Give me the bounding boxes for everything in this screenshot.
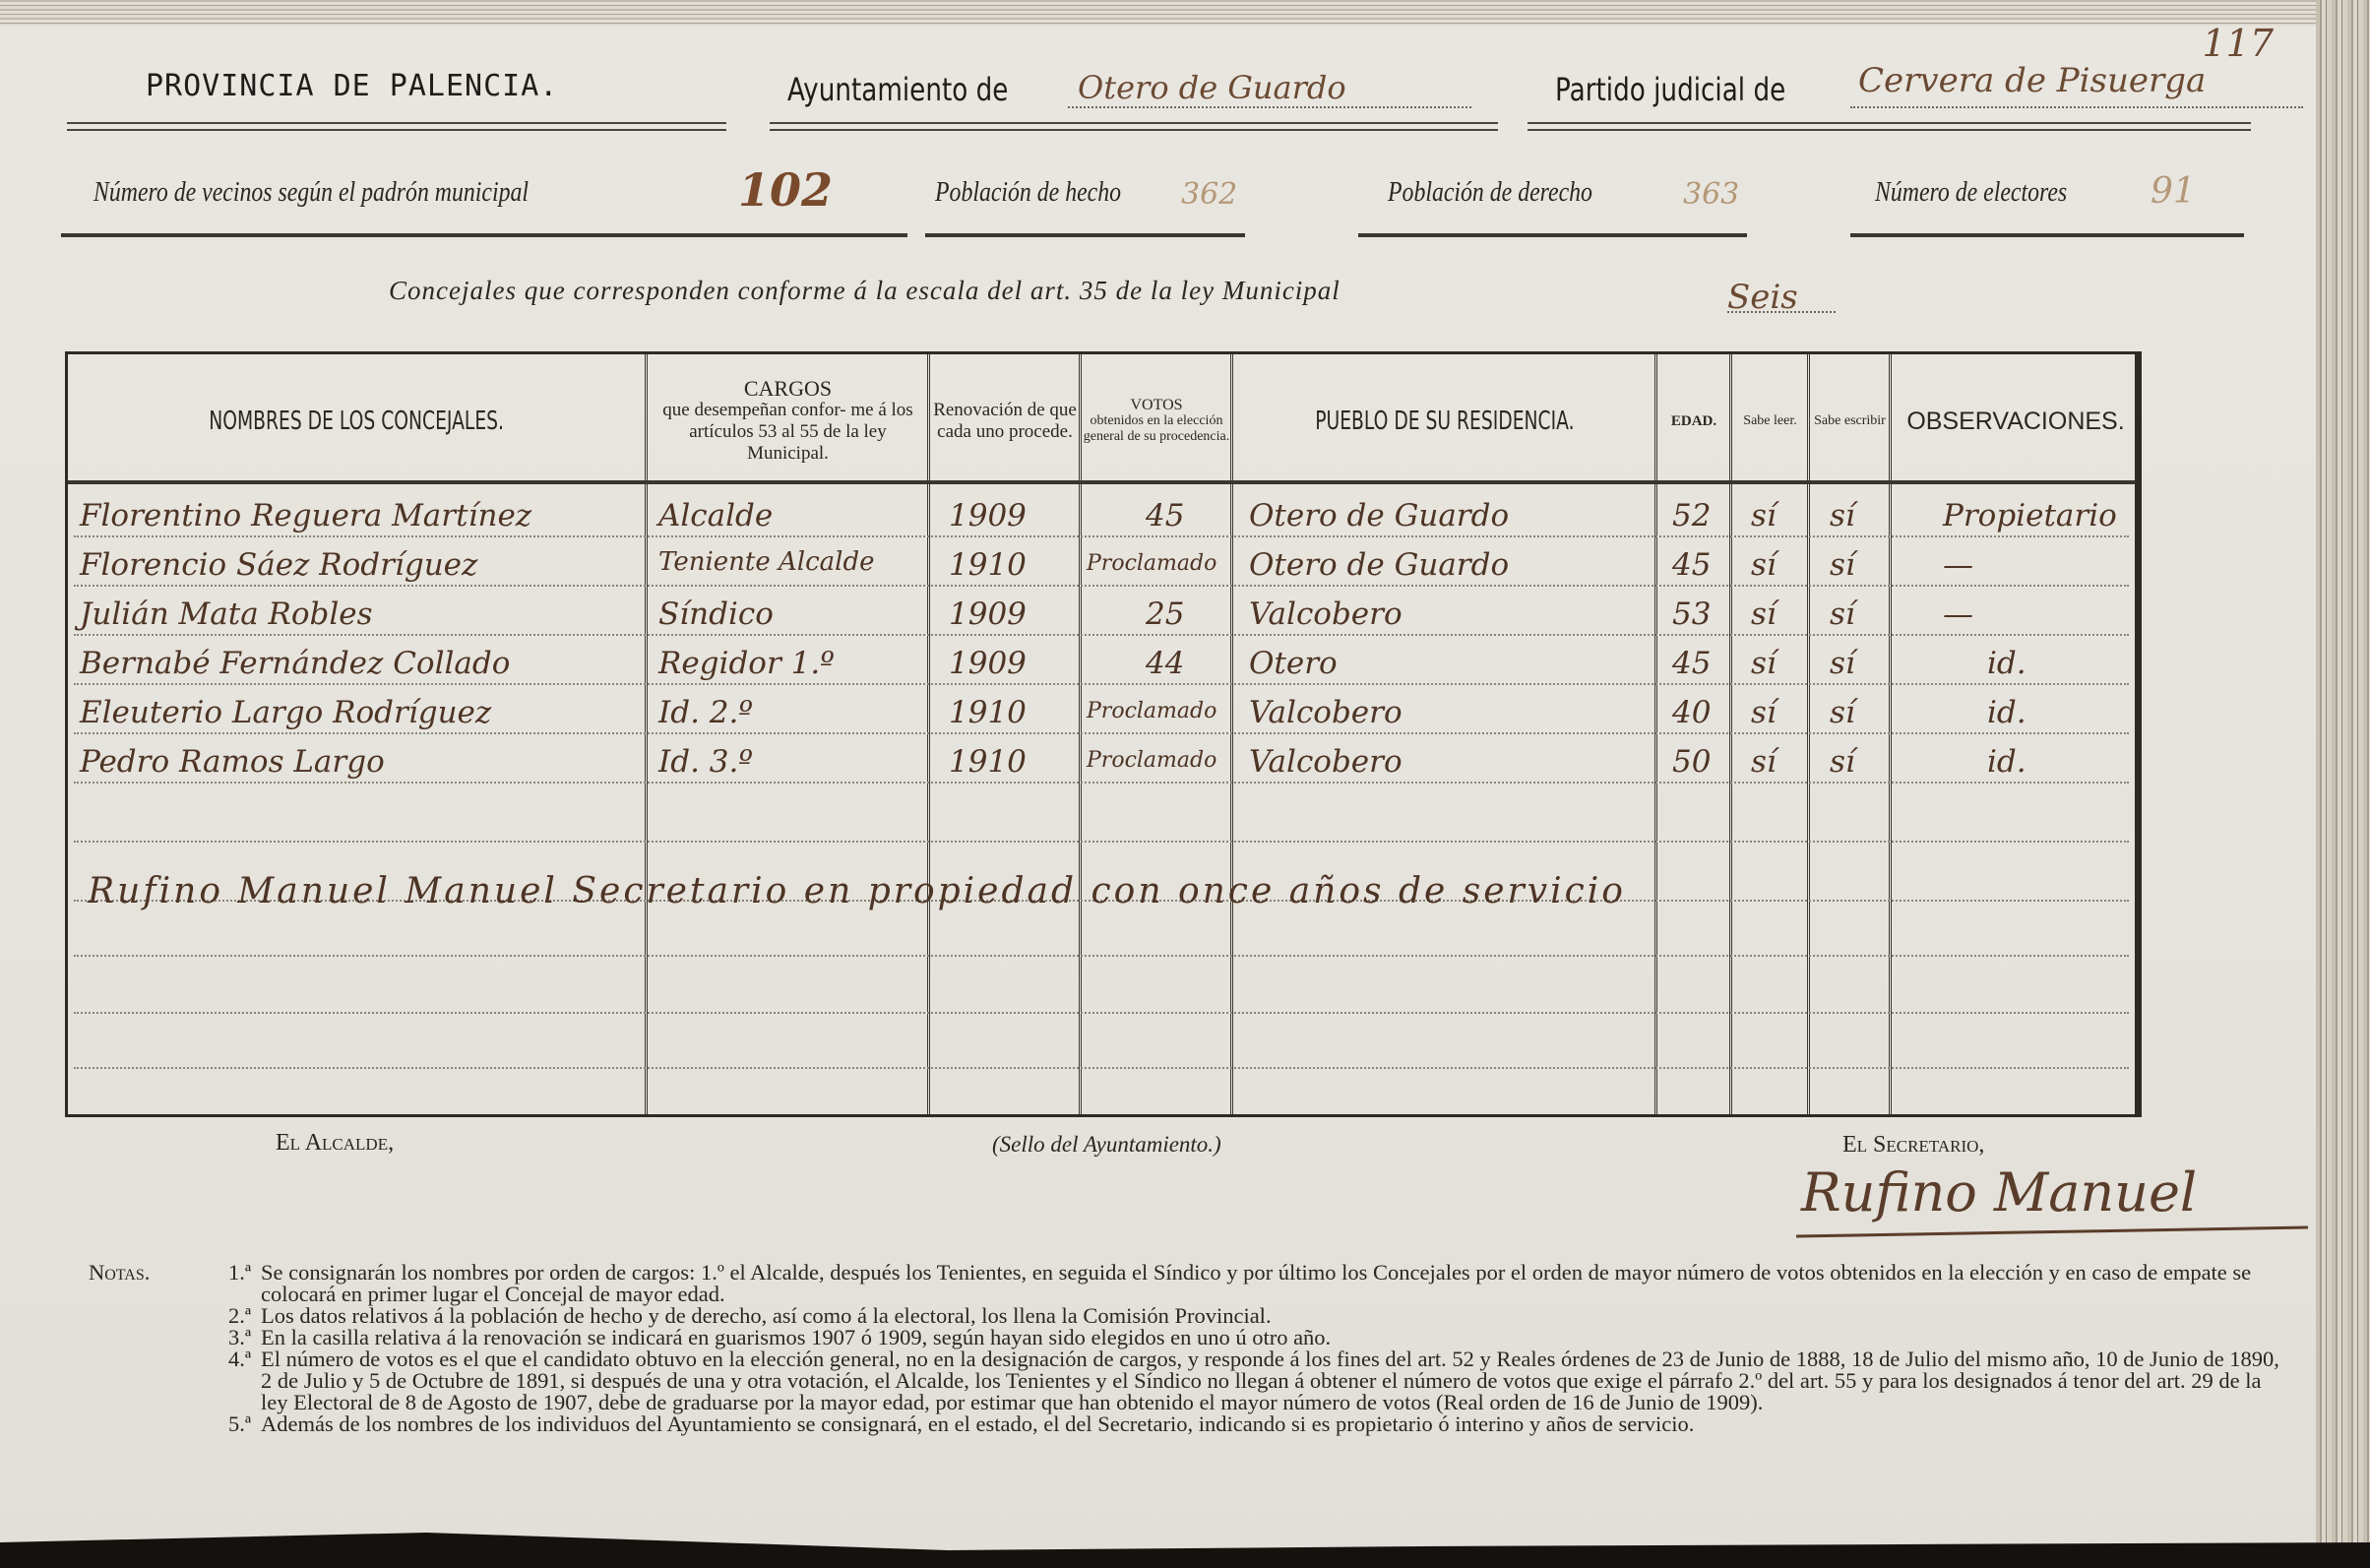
cell-sabe-escribir: sí [1830,498,1855,533]
cell-sabe-escribir: sí [1830,744,1855,780]
cell-nombre: Julián Mata Robles [80,596,373,632]
secretario-signature: Rufino Manuel [1801,1161,2197,1223]
ayuntamiento-label: Ayuntamiento de [787,71,1008,108]
cell-nombre: Bernabé Fernández Collado [80,646,510,681]
cell-observaciones: id. [1987,695,2027,730]
concejales-label: Concejales que corresponden conforme á l… [389,276,1341,306]
header-rule [68,480,2135,484]
cell-cargo: Alcalde [658,498,773,533]
stats-rule [925,233,1245,237]
cell-sabe-leer: sí [1751,646,1777,681]
header-renovacion: Renovación de que cada uno procede. [931,362,1079,480]
column-divider [1807,354,1810,1114]
cell-sabe-leer: sí [1751,744,1777,780]
cell-renovacion: 1910 [949,695,1027,730]
stats-rule [61,233,907,237]
cell-edad: 52 [1672,498,1711,533]
header-sabe-escribir: Sabe escribir [1811,362,1889,480]
poblacion-derecho-label: Población de derecho [1388,177,1592,209]
book-spine [2316,0,2370,1568]
secretario-label: El Secretario, [1842,1132,1984,1159]
cell-nombre: Florencio Sáez Rodríguez [80,547,477,583]
cell-pueblo: Otero de Guardo [1249,547,1509,583]
electores-label: Número de electores [1875,177,2067,209]
concejales-value: Seis [1727,278,1798,317]
nota-item: 3.ªEn la casilla relativa á la renovació… [89,1327,2283,1348]
cell-sabe-escribir: sí [1830,646,1855,681]
cell-votos: 45 [1146,498,1184,533]
cell-votos: Proclamado [1087,551,1216,576]
cell-edad: 53 [1672,596,1711,632]
cell-cargo: Teniente Alcalde [658,547,875,577]
cell-cargo: Id. 2.º [658,695,753,730]
cell-pueblo: Valcobero [1249,695,1403,730]
column-divider [927,354,930,1114]
cell-renovacion: 1909 [949,596,1027,632]
cell-pueblo: Otero de Guardo [1249,498,1509,533]
alcalde-label: El Alcalde, [276,1130,394,1157]
sello-label: (Sello del Ayuntamiento.) [992,1132,1221,1158]
cell-observaciones: Propietario [1943,498,2117,533]
cell-sabe-leer: sí [1751,596,1777,632]
provincia-title: PROVINCIA DE PALENCIA. [146,69,558,103]
poblacion-derecho-value: 363 [1683,177,1739,212]
row-rule [74,732,2129,734]
nota-item: 1.ªSe consignarán los nombres por orden … [89,1262,2283,1305]
cell-edad: 50 [1672,744,1711,780]
header-rule [1528,122,2251,131]
cell-votos: 44 [1146,646,1184,681]
row-rule [74,634,2129,636]
cell-sabe-leer: sí [1751,695,1777,730]
nota-item: 4.ªEl número de votos es el que el candi… [89,1348,2283,1413]
cell-votos: 25 [1146,596,1184,632]
header-edad: EDAD. [1658,362,1729,480]
ayuntamiento-field: Otero de Guardo [1068,69,1471,108]
header-nombres: NOMBRES DE LOS CONCEJALES. [68,362,645,480]
row-rule [74,1012,2129,1014]
header-pueblo: PUEBLO DE SU RESIDENCIA. [1234,362,1654,480]
cell-sabe-escribir: sí [1830,596,1855,632]
partido-label: Partido judicial de [1555,71,1785,108]
cell-nombre: Florentino Reguera Martínez [80,498,531,533]
poblacion-hecho-label: Población de hecho [935,177,1121,209]
cell-pueblo: Valcobero [1249,596,1403,632]
column-divider [1654,354,1657,1114]
cell-edad: 40 [1672,695,1711,730]
row-rule [74,1067,2129,1069]
row-rule [74,841,2129,843]
cell-nombre: Eleuterio Largo Rodríguez [80,695,491,730]
vecinos-label: Número de vecinos según el padrón munici… [94,177,529,209]
column-divider [1729,354,1732,1114]
partido-field: Cervera de Pisuerga [1850,61,2303,108]
vecinos-value: 102 [738,163,833,217]
signature-flourish [1796,1225,2308,1237]
secretary-note: Rufino Manuel Manuel Secretario en propi… [88,871,1626,911]
cell-cargo: Regidor 1.º [658,646,835,681]
partido-value: Cervera de Pisuerga [1850,61,2206,100]
header-sabe-leer: Sabe leer. [1733,362,1807,480]
cell-observaciones: id. [1987,744,2027,780]
header-rule [770,122,1498,131]
cell-sabe-leer: sí [1751,498,1777,533]
column-divider [1230,354,1233,1114]
stats-rule [1358,233,1747,237]
document-page: 117 PROVINCIA DE PALENCIA. Ayuntamiento … [0,0,2370,1568]
notas-section: Notas. 1.ªSe consignarán los nombres por… [89,1262,2283,1435]
cell-sabe-escribir: sí [1830,695,1855,730]
cell-cargo: Id. 3.º [658,744,753,780]
cell-votos: Proclamado [1087,699,1216,723]
cell-cargo: Síndico [658,596,774,632]
stats-rule [1850,233,2244,237]
cell-sabe-escribir: sí [1830,547,1855,583]
cell-renovacion: 1910 [949,547,1027,583]
nota-item: 2.ªLos datos relativos á la población de… [89,1305,2283,1327]
cell-observaciones: — [1943,596,1973,632]
row-rule [74,535,2129,537]
concejales-table: NOMBRES DE LOS CONCEJALES. CARGOS que de… [65,351,2142,1117]
cell-observaciones: — [1943,547,1973,583]
header-cargos: CARGOS que desempeñan confor- me á los a… [649,362,927,480]
poblacion-hecho-value: 362 [1181,177,1237,212]
row-rule [74,782,2129,784]
cell-renovacion: 1909 [949,646,1027,681]
cell-nombre: Pedro Ramos Largo [80,744,385,780]
electores-value: 91 [2151,171,2196,212]
row-rule [74,683,2129,685]
folio-number: 117 [2202,22,2274,65]
cell-pueblo: Valcobero [1249,744,1403,780]
ayuntamiento-value: Otero de Guardo [1068,69,1346,106]
column-divider [645,354,648,1114]
header-observaciones: OBSERVACIONES. [1893,362,2139,480]
cell-renovacion: 1909 [949,498,1027,533]
column-divider [1079,354,1082,1114]
cell-renovacion: 1910 [949,744,1027,780]
page-bottom-edge [0,1529,2370,1568]
cell-edad: 45 [1672,547,1711,583]
cell-edad: 45 [1672,646,1711,681]
header-rule [67,122,726,131]
row-rule [74,955,2129,957]
concejales-field: Seis [1727,278,1836,313]
cell-votos: Proclamado [1087,748,1216,773]
nota-item: 5.ªAdemás de los nombres de los individu… [89,1413,2283,1435]
row-rule [74,585,2129,587]
cell-pueblo: Otero [1249,646,1338,681]
cell-observaciones: id. [1987,646,2027,681]
header-votos: VOTOS obtenidos en la elección general d… [1083,362,1230,480]
column-divider [1889,354,1892,1114]
cell-sabe-leer: sí [1751,547,1777,583]
page-top-edge [0,0,2370,26]
